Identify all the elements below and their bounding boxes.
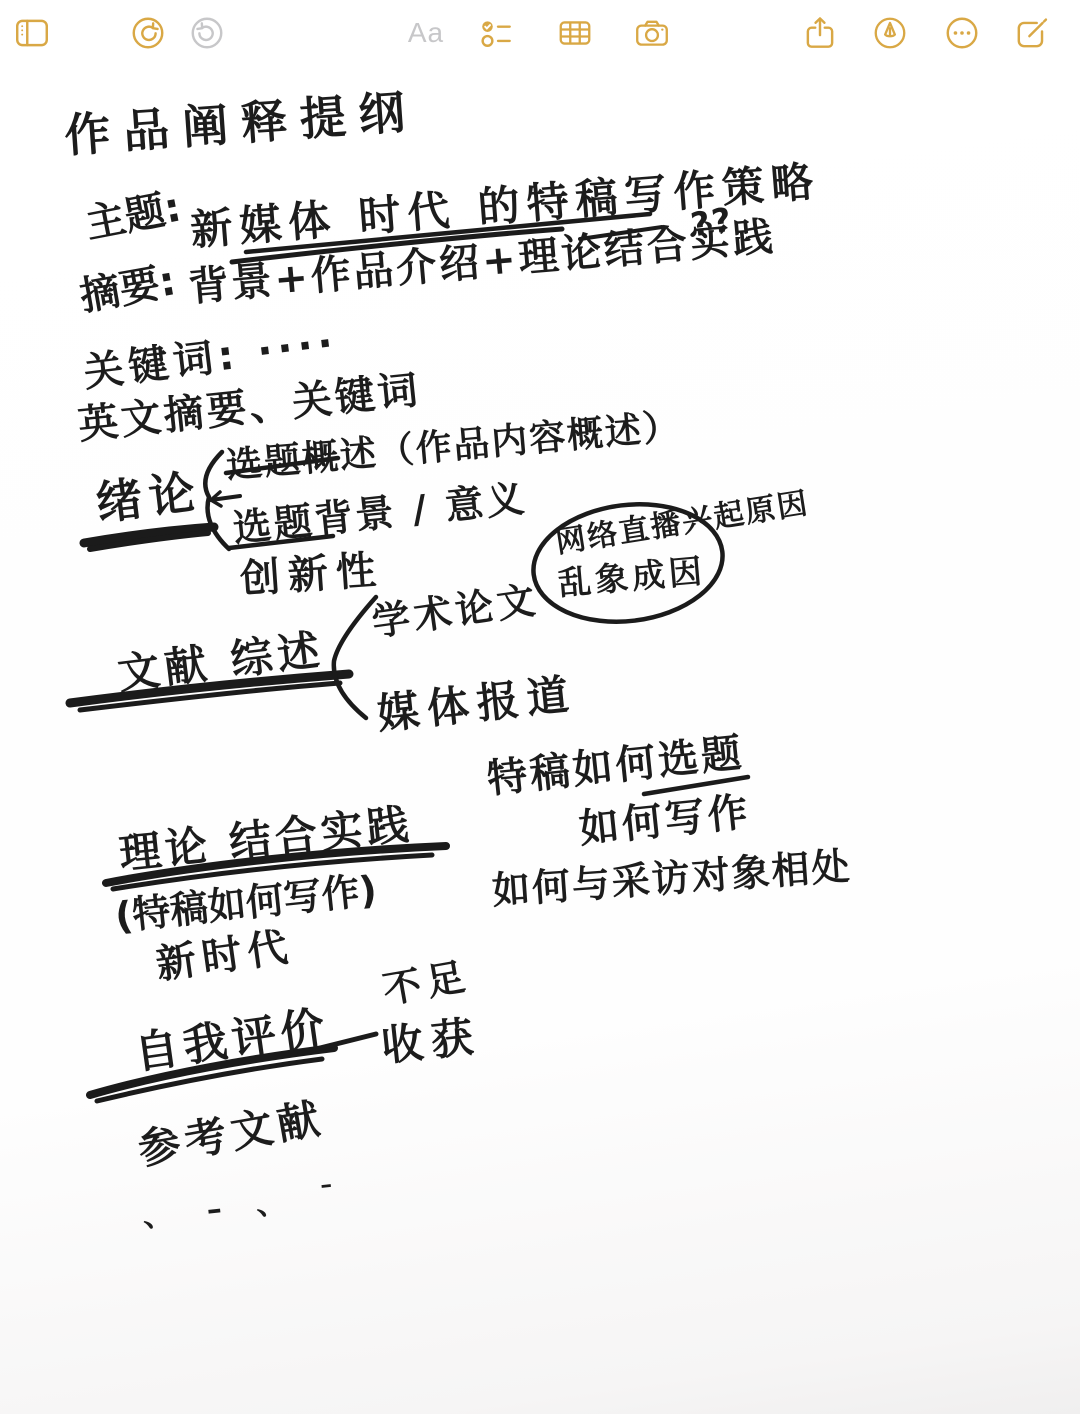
hw-trailing-marks: 、 – 、 ˉ (140, 1171, 349, 1236)
camera-icon[interactable] (633, 14, 671, 52)
format-label: Aa (408, 17, 444, 49)
undo-icon[interactable] (129, 14, 167, 52)
checklist-icon[interactable] (478, 14, 516, 52)
hw-selfeval-heading: 自我评价 (130, 991, 333, 1082)
hw-literature-branch-1: 学术论文 (368, 569, 542, 647)
redo-icon (188, 14, 226, 52)
note-editing-area[interactable]: 作品阐释提纲 主题: 新媒体 时代 的特稿写作策略 ?? 摘要: 背景+作品介绍… (0, 66, 1080, 1414)
hw-feature-question-3: 如何与采访对象相处 (490, 835, 853, 915)
hw-literature-heading: 文献 综述 (114, 617, 327, 702)
hw-literature-branch-2: 媒体报道 (374, 661, 579, 742)
hw-title: 作品阐释提纲 (62, 75, 420, 166)
sidebar-icon[interactable] (13, 14, 51, 52)
hw-references: 参考文献 (133, 1085, 329, 1177)
hw-intro-branch-3: 创新性 (238, 538, 386, 605)
toolbar: Aa (0, 0, 1080, 66)
share-icon[interactable] (801, 14, 839, 52)
format-icon: Aa (403, 14, 449, 52)
more-icon[interactable] (943, 14, 981, 52)
hw-selfeval-positive: 收获 (378, 1004, 484, 1074)
hw-topic-label: 主题: (80, 176, 185, 250)
hw-abstract-label: 摘要: (75, 249, 179, 322)
compose-icon[interactable] (1013, 14, 1051, 52)
hw-intro-heading: 绪论 (92, 455, 205, 533)
table-icon[interactable] (556, 14, 594, 52)
notes-app-window: Aa (0, 0, 1080, 1414)
markup-icon[interactable] (871, 14, 909, 52)
hw-selfeval-negative: 不足 (378, 945, 474, 1014)
